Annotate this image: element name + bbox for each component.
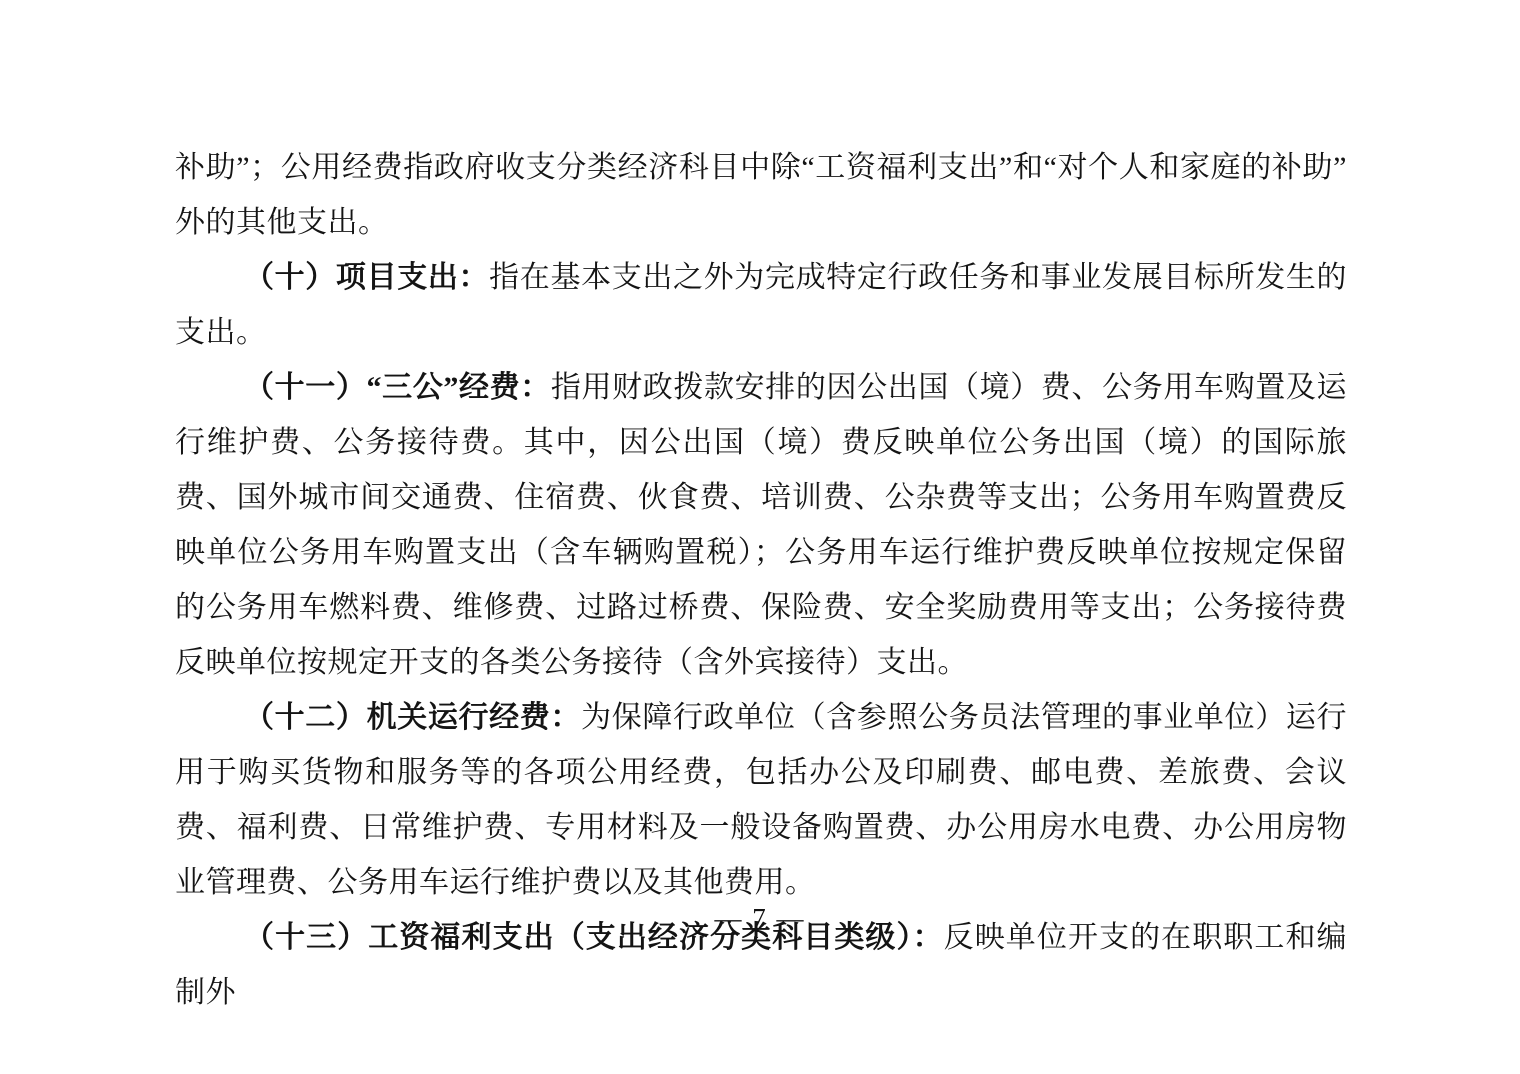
document-body: 补助”；公用经费指政府收支分类经济科目中除“工资福利支出”和“对个人和家庭的补助… — [175, 140, 1347, 1020]
paragraph-lead: （十）项目支出： — [244, 261, 489, 294]
paragraph-continuation: 补助”；公用经费指政府收支分类经济科目中除“工资福利支出”和“对个人和家庭的补助… — [175, 140, 1347, 250]
paragraph-item-10: （十）项目支出：指在基本支出之外为完成特定行政任务和事业发展目标所发生的支出。 — [175, 250, 1347, 360]
paragraph-lead: （十二）机关运行经费： — [244, 701, 581, 734]
paragraph-text: 指用财政拨款安排的因公出国（境）费、公务用车购置及运行维护费、公务接待费。其中，… — [175, 371, 1347, 679]
paragraph-text: 补助”；公用经费指政府收支分类经济科目中除“工资福利支出”和“对个人和家庭的补助… — [175, 151, 1347, 239]
paragraph-item-11: （十一）“三公”经费：指用财政拨款安排的因公出国（境）费、公务用车购置及运行维护… — [175, 360, 1347, 690]
document-page: 补助”；公用经费指政府收支分类经济科目中除“工资福利支出”和“对个人和家庭的补助… — [0, 0, 1520, 1074]
paragraph-lead: （十一）“三公”经费： — [244, 371, 551, 404]
page-number: — 7 — — [0, 903, 1520, 934]
paragraph-item-12: （十二）机关运行经费：为保障行政单位（含参照公务员法管理的事业单位）运行用于购买… — [175, 690, 1347, 910]
